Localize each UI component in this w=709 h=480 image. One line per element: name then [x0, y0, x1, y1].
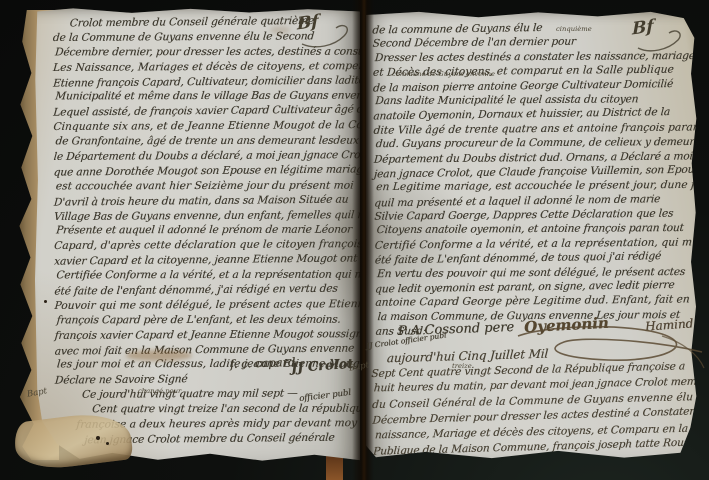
- manuscript-line: que anne Dorothée Mougot son Epouse en l…: [53, 162, 360, 180]
- interline-treize: treize: [452, 362, 472, 370]
- right-page: de la commune de Guyans élu leSecond Déc…: [366, 11, 697, 459]
- signature-flourish-icon: [512, 322, 708, 374]
- paper-stain: [270, 26, 290, 34]
- manuscript-line: est accouchée avant hier Seizième jour d…: [55, 178, 360, 194]
- speck: [106, 442, 109, 445]
- speck: [44, 300, 47, 303]
- interline-correction-left: changé pour: [138, 387, 181, 395]
- manuscript-line: Pouvoir qui me sont délégué, le présent …: [54, 297, 360, 314]
- interline-commune: commune de Guyans envenne: [392, 70, 495, 78]
- left-page-text: Crolot membre du Conseil générale quatri…: [53, 14, 360, 448]
- right-page-text-upper: de la commune de Guyans élu leSecond Déc…: [372, 19, 697, 339]
- interline-cinquieme: cinquième: [556, 25, 592, 33]
- manuscript-scan: Crolot membre du Conseil générale quatri…: [0, 0, 709, 480]
- speck: [96, 436, 100, 440]
- manuscript-line: Cent quatre vingt treize l'an second de …: [57, 402, 360, 418]
- signature-capard: f. c. capard: [230, 355, 296, 371]
- paraph-flourish-icon: [300, 20, 354, 50]
- manuscript-line: de Granfontaine, âgé de trente un ans de…: [55, 134, 360, 150]
- paraph-flourish-right-icon: [636, 26, 686, 54]
- ink-stain: [126, 350, 192, 361]
- book-spine: [326, 455, 343, 480]
- manuscript-line: françois Capard père de L'enfant, et les…: [56, 312, 360, 328]
- gutter-shadow: [352, 0, 374, 480]
- manuscript-line: Cinquante six ans, et de Jeanne Etienne …: [53, 118, 360, 135]
